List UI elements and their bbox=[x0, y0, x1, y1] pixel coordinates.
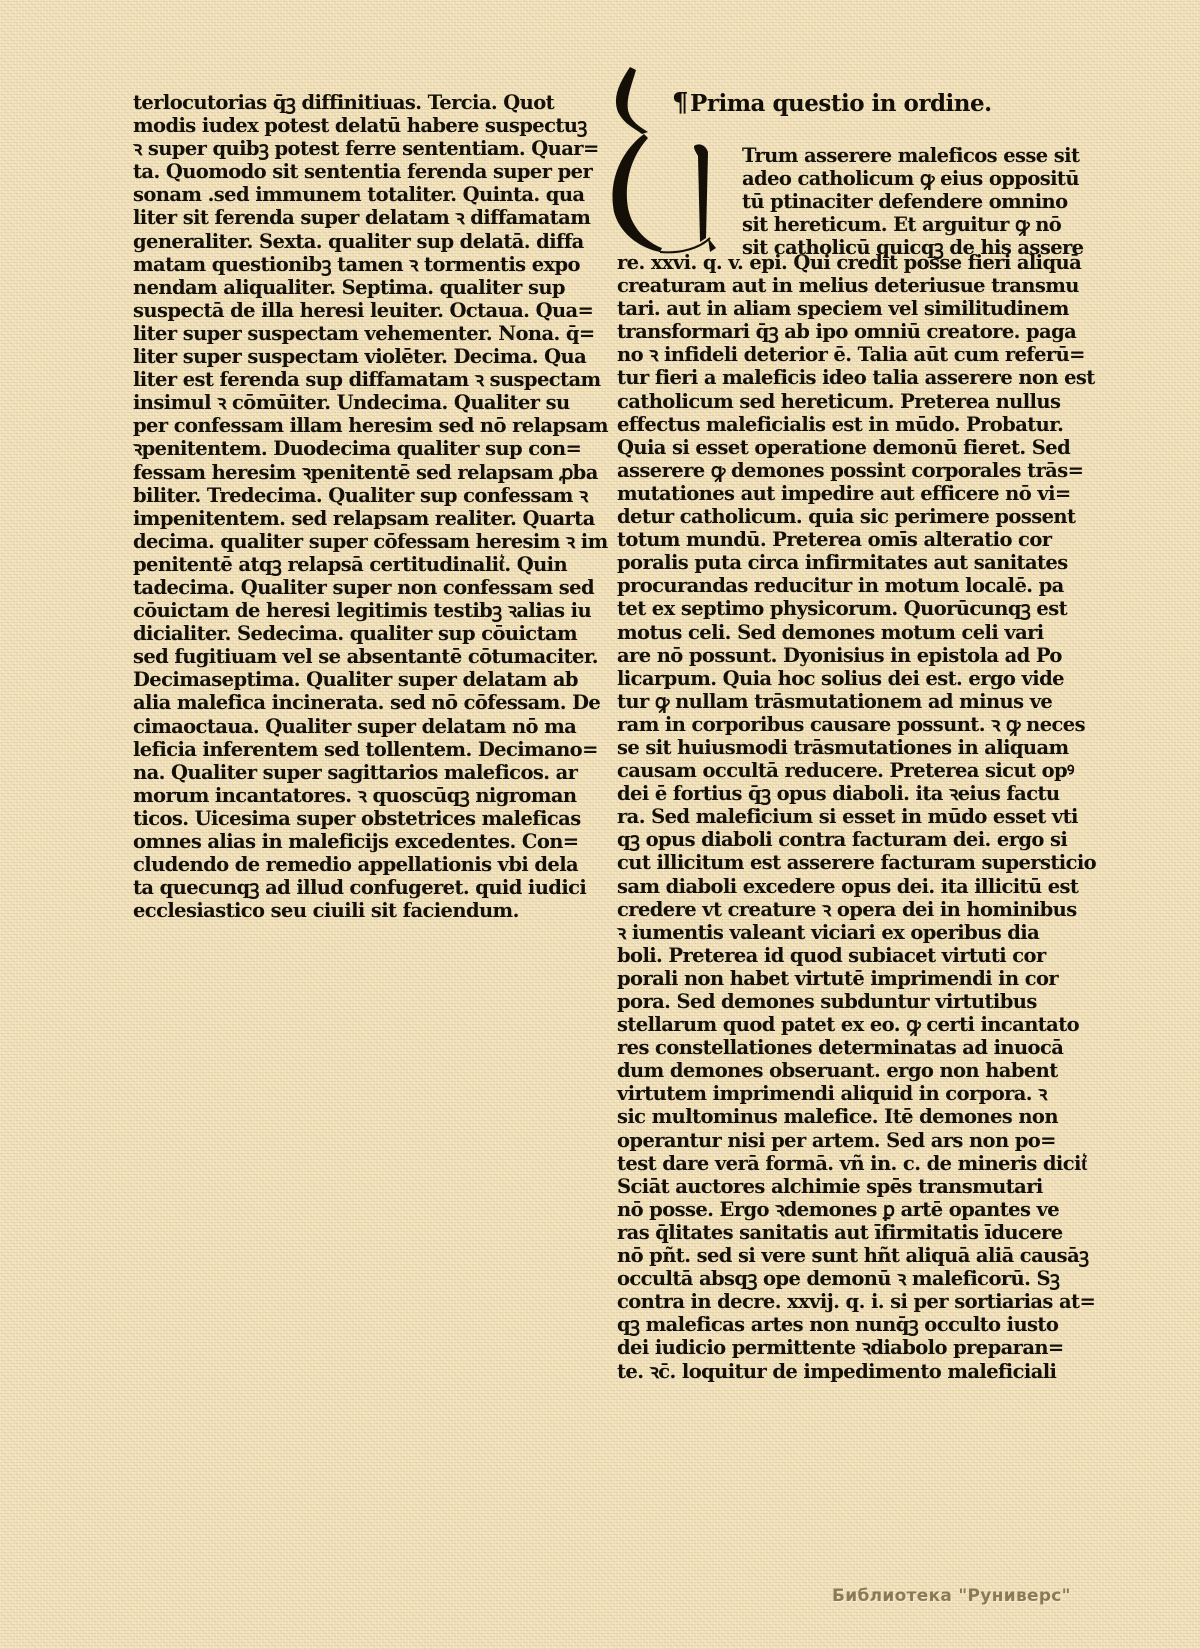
text-line: re. xxvi. q. v. epi. Qui credit posse fi… bbox=[617, 251, 1062, 274]
text-line: morum incantatores. ꝛ quoscūqꝫ nigroman bbox=[133, 784, 573, 807]
text-line: test dare verā formā. vñ in. c. de miner… bbox=[617, 1152, 1062, 1175]
text-line: dei ē fortius q̄ꝫ opus diaboli. ita ꝛeiu… bbox=[617, 782, 1062, 805]
text-line: catholicum sed hereticum. Preterea nullu… bbox=[617, 390, 1062, 413]
text-line: tari. aut in aliam speciem vel similitud… bbox=[617, 297, 1062, 320]
document-page: terlocutorias q̄ꝫ diffinitiuas. Tercia. … bbox=[0, 0, 1200, 1649]
section-heading: ¶Prima questio in ordine. bbox=[672, 88, 992, 118]
text-line: causam occultā reducere. Preterea sicut … bbox=[617, 759, 1062, 782]
text-line: matam questionibꝫ tamen ꝛ tormentis expo bbox=[133, 253, 573, 276]
text-line: mutationes aut impedire aut efficere nō … bbox=[617, 482, 1062, 505]
text-line: stellarum quod patet ex eo. ꝙ certi inca… bbox=[617, 1013, 1062, 1036]
library-watermark: Библиотека "Руниверс" bbox=[832, 1586, 1071, 1606]
text-line: se sit huiusmodi trāsmutationes in aliqu… bbox=[617, 736, 1062, 759]
text-line: ꝛpenitentem. Duodecima qualiter sup con= bbox=[133, 437, 573, 460]
text-line: liter super suspectam vehementer. Nona. … bbox=[133, 322, 573, 345]
text-line: dicialiter. Sedecima. qualiter sup cōuic… bbox=[133, 622, 573, 645]
text-line: poralis puta circa infirmitates aut sani… bbox=[617, 551, 1062, 574]
text-line: liter super suspectam violēter. Decima. … bbox=[133, 345, 573, 368]
text-line: modis iudex potest delatū habere suspect… bbox=[133, 114, 573, 137]
text-line: asserere ꝙ demones possint corporales tr… bbox=[617, 459, 1062, 482]
text-line: ticos. Uicesima super obstetrices malefi… bbox=[133, 807, 573, 830]
pilcrow-icon: ¶ bbox=[672, 88, 688, 118]
text-line: qꝫ opus diaboli contra facturam dei. erg… bbox=[617, 828, 1062, 851]
text-line: contra in decre. xxvij. q. i. si per sor… bbox=[617, 1290, 1062, 1313]
text-line: creaturam aut in melius deteriusue trans… bbox=[617, 274, 1062, 297]
text-line: detur catholicum. quia sic perimere poss… bbox=[617, 505, 1062, 528]
text-line: sam diaboli excedere opus dei. ita illic… bbox=[617, 875, 1062, 898]
text-line: totum mundū. Preterea omīs alteratio cor bbox=[617, 528, 1062, 551]
text-line: Trum asserere maleficos esse sit bbox=[742, 144, 1083, 167]
text-line: alia malefica incinerata. sed nō cōfessa… bbox=[133, 691, 573, 714]
text-line: effectus maleficialis est in mūdo. Proba… bbox=[617, 413, 1062, 436]
text-line: qꝫ maleficas artes non nunq̄ꝫ occulto iu… bbox=[617, 1313, 1062, 1336]
text-line: te. ꝛc̄. loquitur de impedimento malefic… bbox=[617, 1360, 1062, 1383]
text-line: cimaoctaua. Qualiter super delatam nō ma bbox=[133, 715, 573, 738]
text-line: sic multominus malefice. Itē demones non bbox=[617, 1105, 1062, 1128]
text-line: na. Qualiter super sagittarios maleficos… bbox=[133, 761, 573, 784]
text-line: boli. Preterea id quod subiacet virtuti … bbox=[617, 944, 1062, 967]
text-line: transformari q̄ꝫ ab ipo omniū creatore. … bbox=[617, 320, 1062, 343]
text-line: operantur nisi per artem. Sed ars non po… bbox=[617, 1129, 1062, 1152]
text-line: biliter. Tredecima. Qualiter sup confess… bbox=[133, 484, 573, 507]
text-line: fessam heresim ꝛpenitentē sed relapsam ꝓ… bbox=[133, 461, 573, 484]
text-line: tur ꝙ nullam trāsmutationem ad minus ve bbox=[617, 690, 1062, 713]
heading-text: Prima questio in ordine. bbox=[690, 90, 992, 117]
text-line: ꝛ iumentis valeant viciari ex operibus d… bbox=[617, 921, 1062, 944]
text-line: sit hereticum. Et arguitur ꝙ nō bbox=[742, 213, 1083, 236]
text-line: tadecima. Qualiter super non confessam s… bbox=[133, 576, 573, 599]
initial-adjacent-text: Trum asserere maleficos esse sit adeo ca… bbox=[742, 144, 1083, 259]
text-line: cōuictam de heresi legitimis testibꝫ ꝛal… bbox=[133, 599, 573, 622]
text-line: nendam aliqualiter. Septima. qualiter su… bbox=[133, 276, 573, 299]
text-line: ra. Sed maleficium si esset in mūdo esse… bbox=[617, 805, 1062, 828]
text-line: per confessam illam heresim sed nō relap… bbox=[133, 414, 573, 437]
text-line: nō pñt. sed si vere sunt hñt aliquā aliā… bbox=[617, 1244, 1062, 1267]
text-line: dei iudicio permittente ꝛdiabolo prepara… bbox=[617, 1336, 1062, 1359]
right-column-text: re. xxvi. q. v. epi. Qui credit posse fi… bbox=[617, 251, 1062, 1383]
text-line: Sciāt auctores alchimie spēs transmutari bbox=[617, 1175, 1062, 1198]
text-line: are nō possunt. Dyonisius in epistola ad… bbox=[617, 644, 1062, 667]
text-line: res constellationes determinatas ad inuo… bbox=[617, 1036, 1062, 1059]
text-line: ta quecunqꝫ ad illud confugeret. quid iu… bbox=[133, 876, 573, 899]
text-line: cut illicitum est asserere facturam supe… bbox=[617, 851, 1062, 874]
text-line: procurandas reducitur in motum localē. p… bbox=[617, 574, 1062, 597]
text-line: insimul ꝛ cōmūiter. Undecima. Qualiter s… bbox=[133, 391, 573, 414]
text-line: suspectā de illa heresi leuiter. Octaua.… bbox=[133, 299, 573, 322]
text-line: cludendo de remedio appellationis vbi de… bbox=[133, 853, 573, 876]
text-line: omnes alias in maleficijs excedentes. Co… bbox=[133, 830, 573, 853]
text-line: virtutem imprimendi aliquid in corpora. … bbox=[617, 1082, 1062, 1105]
text-line: tū ptinaciter defendere omnino bbox=[742, 190, 1083, 213]
text-line: generaliter. Sexta. qualiter sup delatā.… bbox=[133, 230, 573, 253]
text-line: sonam .sed immunem totaliter. Quinta. qu… bbox=[133, 183, 573, 206]
text-line: leficia inferentem sed tollentem. Decima… bbox=[133, 738, 573, 761]
text-line: impenitentem. sed relapsam realiter. Qua… bbox=[133, 507, 573, 530]
text-line: adeo catholicum ꝙ eius oppositū bbox=[742, 167, 1083, 190]
text-line: liter est ferenda sup diffamatam ꝛ suspe… bbox=[133, 368, 573, 391]
text-line: sed fugitiuam vel se absentantē cōtumaci… bbox=[133, 645, 573, 668]
text-line: decima. qualiter super cōfessam heresim … bbox=[133, 530, 573, 553]
text-line: Quia si esset operatione demonū fieret. … bbox=[617, 436, 1062, 459]
text-line: pora. Sed demones subduntur virtutibus bbox=[617, 990, 1062, 1013]
text-line: porali non habet virtutē imprimendi in c… bbox=[617, 967, 1062, 990]
text-line: occultā absqꝫ ope demonū ꝛ maleficorū. S… bbox=[617, 1267, 1062, 1290]
text-line: nō posse. Ergo ꝛdemones ꝑ artē opantes v… bbox=[617, 1198, 1062, 1221]
text-line: penitentē atqꝫ relapsā certitudinalit͛. … bbox=[133, 553, 573, 576]
text-line: terlocutorias q̄ꝫ diffinitiuas. Tercia. … bbox=[133, 91, 573, 114]
text-line: licarpum. Quia hoc solius dei est. ergo … bbox=[617, 667, 1062, 690]
text-line: Decimaseptima. Qualiter super delatam ab bbox=[133, 668, 573, 691]
left-column-text: terlocutorias q̄ꝫ diffinitiuas. Tercia. … bbox=[133, 91, 573, 922]
text-line: ras q̄litates sanitatis aut īfirmitatis … bbox=[617, 1221, 1062, 1244]
text-line: no ꝛ infideli deterior ē. Talia aūt cum … bbox=[617, 343, 1062, 366]
text-line: liter sit ferenda super delatam ꝛ diffam… bbox=[133, 206, 573, 229]
text-line: ecclesiastico seu ciuili sit faciendum. bbox=[133, 899, 573, 922]
text-line: tet ex septimo physicorum. Quorūcunqꝫ es… bbox=[617, 597, 1062, 620]
text-line: tur fieri a maleficis ideo talia asserer… bbox=[617, 366, 1062, 389]
text-line: ꝛ super quibꝫ potest ferre sententiam. Q… bbox=[133, 137, 573, 160]
text-line: dum demones obseruant. ergo non habent bbox=[617, 1059, 1062, 1082]
text-line: ram in corporibus causare possunt. ꝛ ꝙ n… bbox=[617, 713, 1062, 736]
text-line: credere vt creature ꝛ opera dei in homin… bbox=[617, 898, 1062, 921]
text-line: motus celi. Sed demones motum celi vari bbox=[617, 621, 1062, 644]
text-line: ta. Quomodo sit sententia ferenda super … bbox=[133, 160, 573, 183]
